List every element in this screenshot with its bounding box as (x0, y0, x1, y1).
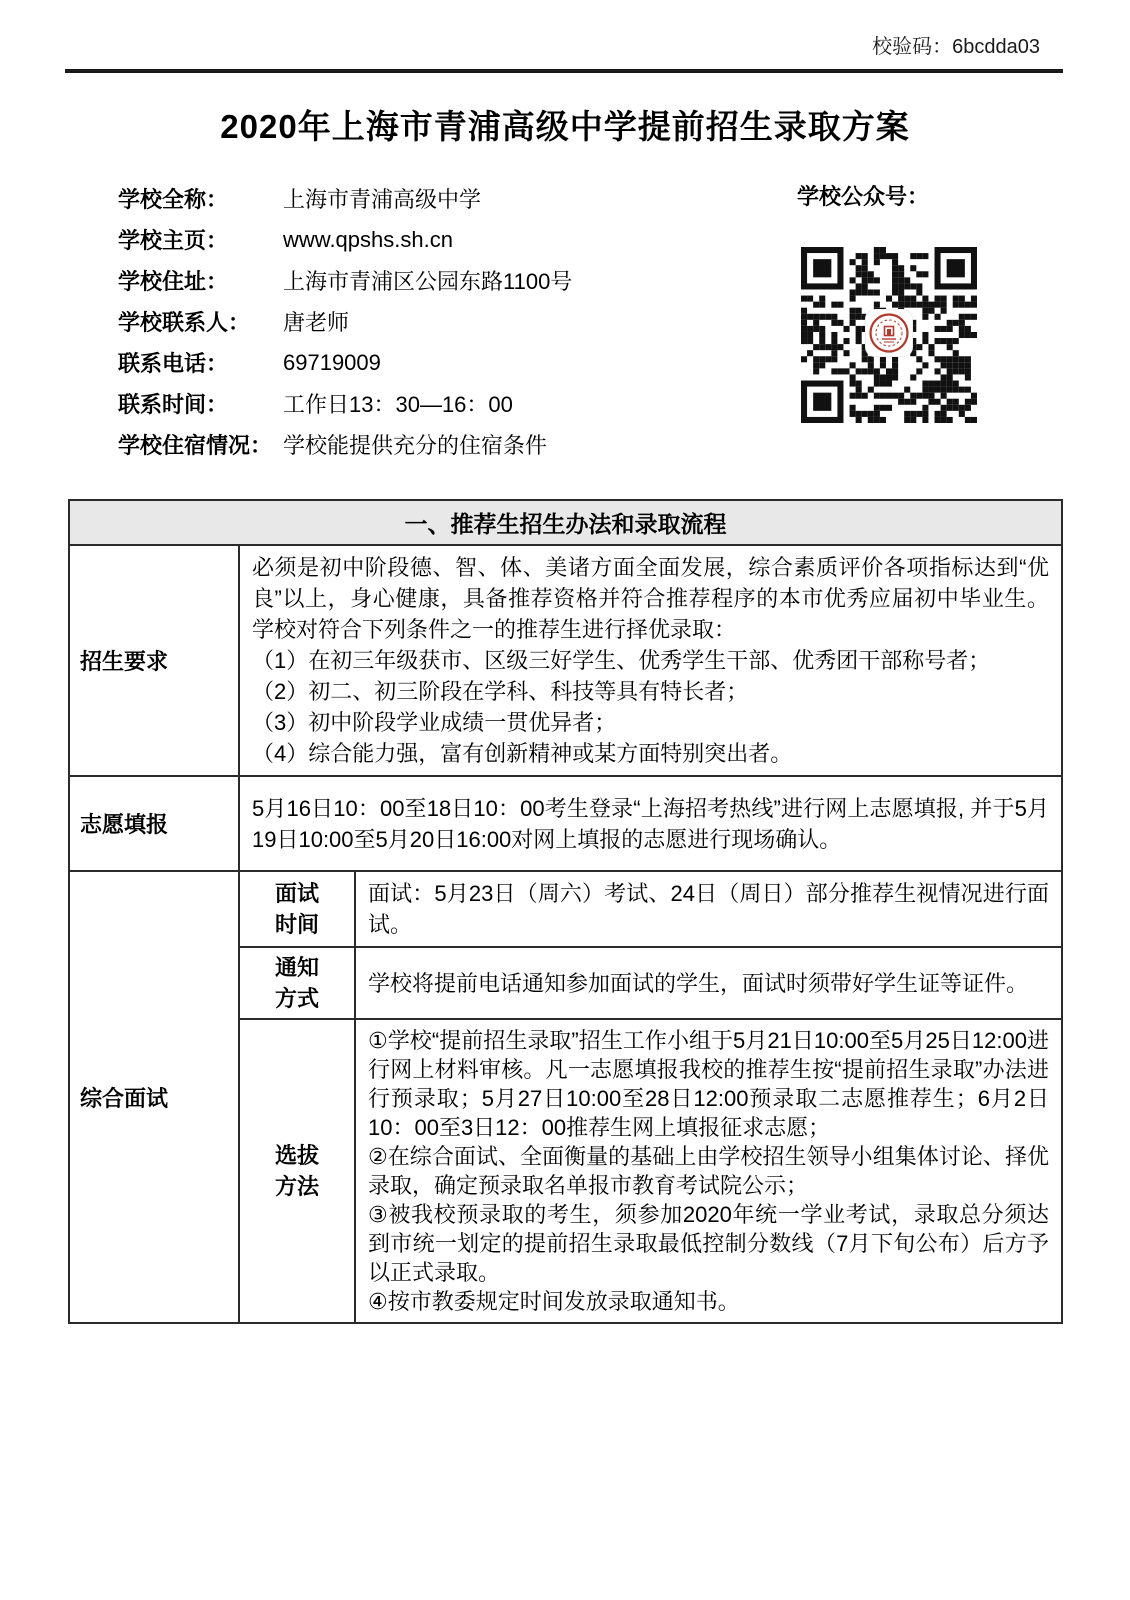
cell-selection-method-content: ①学校“提前招生录取”招生工作小组于5月21日10:00至5月25日12:00进… (355, 1019, 1062, 1323)
cell-volunteer-content: 5月16日10：00至18日10：00考生登录“上海招考热线”进行网上志愿填报,… (239, 776, 1062, 871)
info-row-accommodation: 学校住宿情况： 学校能提供充分的住宿条件 (118, 424, 1065, 465)
sublabel-selection-method: 选拔 方法 (239, 1019, 355, 1323)
info-label: 学校主页： (118, 224, 283, 255)
info-label: 学校全称： (118, 183, 283, 214)
cell-requirements-content: 必须是初中阶段德、智、体、美诸方面全面发展，综合素质评价各项指标达到“优良”以上… (239, 545, 1062, 776)
sublabel-notify-method: 通知 方式 (239, 947, 355, 1019)
info-value: 学校能提供充分的住宿条件 (283, 429, 1065, 460)
verification-code: 校验码：6bcdda03 (0, 0, 1130, 69)
page-title: 2020年上海市青浦高级中学提前招生录取方案 (0, 101, 1130, 148)
school-seal-icon (866, 310, 912, 356)
sublabel-interview-time: 面试 时间 (239, 871, 355, 947)
row-label-volunteer: 志愿填报 (69, 776, 239, 871)
cell-notify-method-content: 学校将提前电话通知参加面试的学生，面试时须带好学生证等证件。 (355, 947, 1062, 1019)
info-label: 联系电话： (118, 347, 283, 378)
official-account-label: 学校公众号： (797, 180, 1067, 211)
info-label: 学校联系人： (118, 306, 283, 337)
row-label-interview: 综合面试 (69, 871, 239, 1323)
row-label-requirements: 招生要求 (69, 545, 239, 776)
school-info-section: 学校全称： 上海市青浦高级中学 学校主页： www.qpshs.sh.cn 学校… (118, 178, 1065, 466)
table-title: 一、推荐生招生办法和录取流程 (69, 500, 1062, 545)
cell-interview-time-content: 面试：5月23日（周六）考试、24日（周日）部分推荐生视情况进行面试。 (355, 871, 1062, 947)
info-label: 联系时间： (118, 388, 283, 419)
header-divider (65, 69, 1063, 73)
admission-process-table: 一、推荐生招生办法和录取流程 招生要求 必须是初中阶段德、智、体、美诸方面全面发… (68, 499, 1063, 1324)
info-label: 学校住宿情况： (118, 429, 283, 460)
qr-code-icon (801, 247, 977, 423)
official-account-section: 学校公众号： (797, 180, 1067, 423)
info-label: 学校住址： (118, 265, 283, 296)
